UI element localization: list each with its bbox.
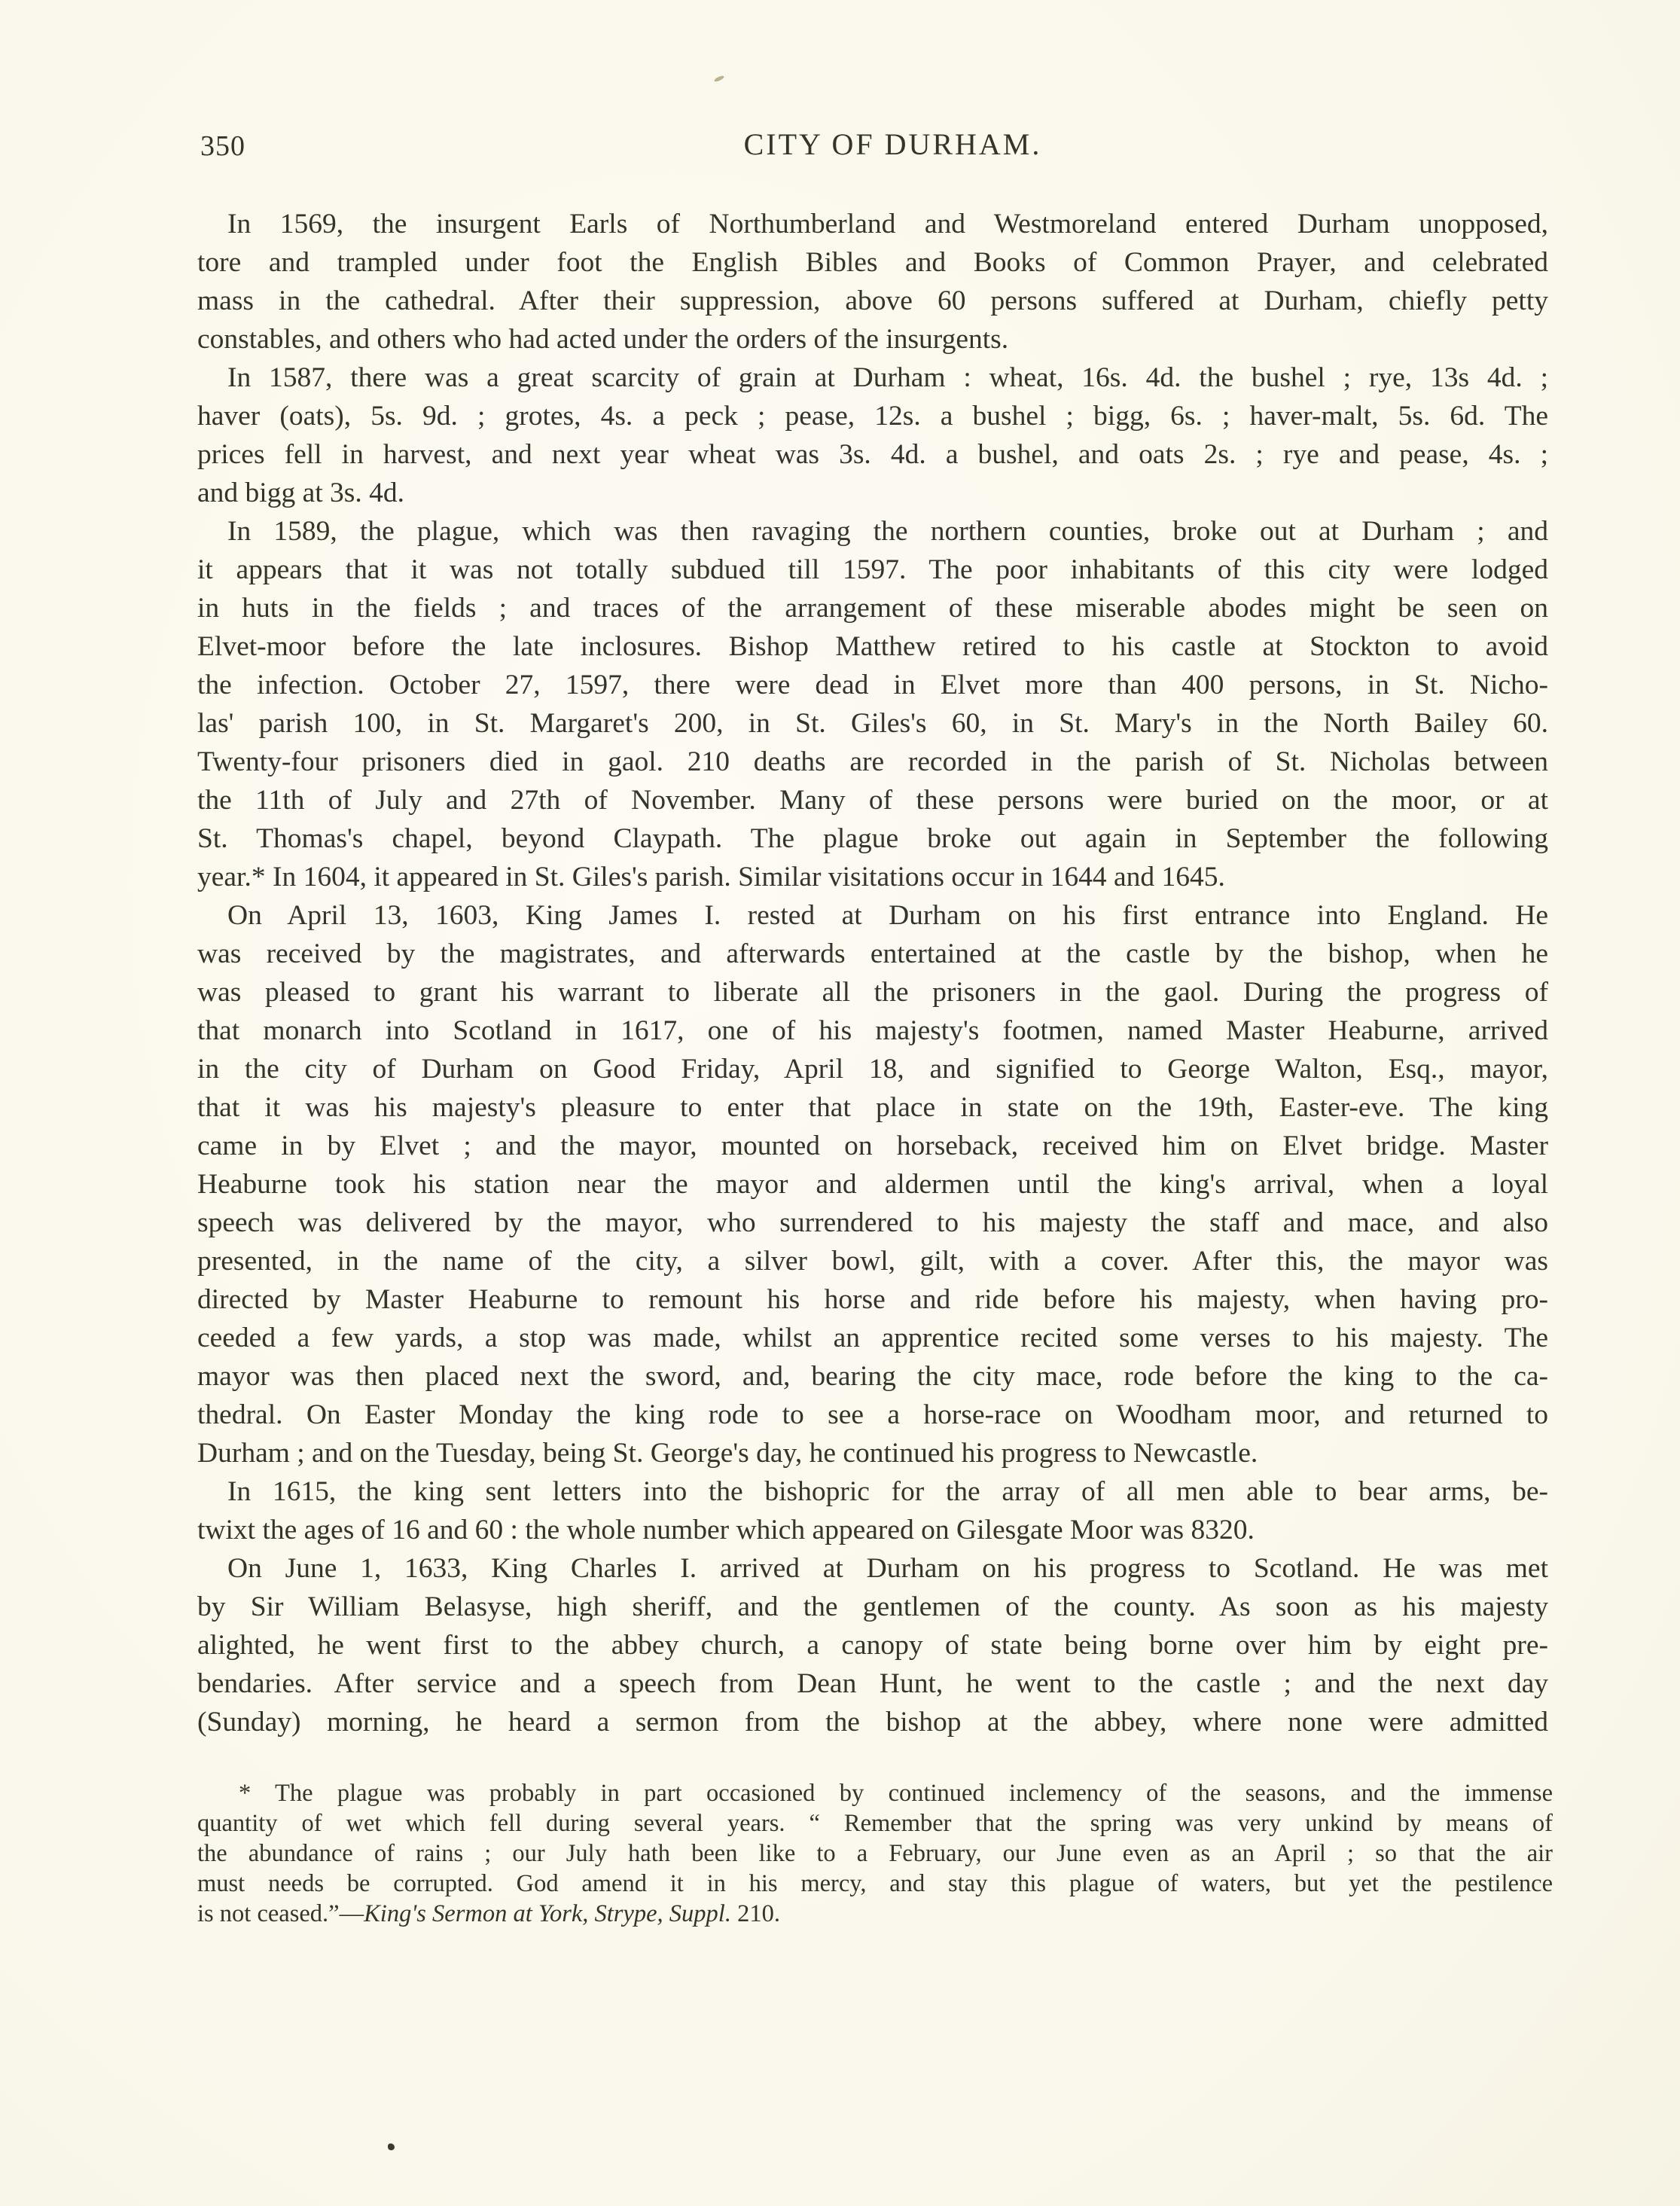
text-line: Heaburne took his station near the mayor… [197,1165,1548,1204]
text-line: prices fell in harvest, and next year wh… [197,435,1548,474]
text-line: In 1587, there was a great scarcity of g… [197,359,1548,397]
text-line: came in by Elvet ; and the mayor, mounte… [197,1127,1548,1165]
text-line: Twenty-four prisoners died in gaol. 210 … [197,743,1548,781]
text-line: In 1569, the insurgent Earls of Northumb… [197,205,1548,243]
text-line: was received by the magistrates, and aft… [197,935,1548,973]
text-line: las' parish 100, in St. Margaret's 200, … [197,704,1548,743]
text-line: speech was delivered by the mayor, who s… [197,1204,1548,1242]
text-line: Durham ; and on the Tuesday, being St. G… [197,1434,1548,1472]
footnote: * The plague was probably in part occasi… [197,1778,1553,1929]
text-line: tore and trampled under foot the English… [197,243,1548,282]
text-line: was pleased to grant his warrant to libe… [197,973,1548,1011]
text-line: by Sir William Belasyse, high sheriff, a… [197,1588,1548,1626]
paragraph-1603-king-james: On April 13, 1603, King James I. rested … [197,896,1548,1472]
text-line: On April 13, 1603, King James I. rested … [197,896,1548,935]
text-line: On June 1, 1633, King Charles I. arrived… [197,1549,1548,1588]
text-line: constables, and others who had acted und… [197,320,1548,359]
footnote-line: * The plague was probably in part occasi… [197,1778,1553,1808]
text-line: presented, in the name of the city, a si… [197,1242,1548,1280]
text-line: directed by Master Heaburne to remount h… [197,1280,1548,1319]
paper-speck-mark [714,75,725,82]
paragraph-1615: In 1615, the king sent letters into the … [197,1472,1548,1549]
footnote-citation-page: 210. [731,1900,780,1927]
paragraph-1587: In 1587, there was a great scarcity of g… [197,359,1548,512]
paragraph-1633-king-charles: On June 1, 1633, King Charles I. arrived… [197,1549,1548,1741]
text-line: alighted, he went first to the abbey chu… [197,1626,1548,1664]
footnote-citation: King's Sermon at York, Strype, Suppl. [364,1900,731,1927]
footnote-quote-end: is not ceased.”— [197,1900,364,1927]
paragraph-1589-plague: In 1589, the plague, which was then rava… [197,512,1548,896]
text-line: ceeded a few yards, a stop was made, whi… [197,1319,1548,1357]
text-line: mayor was then placed next the sword, an… [197,1357,1548,1396]
text-line: in the city of Durham on Good Friday, Ap… [197,1050,1548,1088]
text-line: that monarch into Scotland in 1617, one … [197,1011,1548,1050]
text-line: haver (oats), 5s. 9d. ; grotes, 4s. a pe… [197,397,1548,435]
text-line: it appears that it was not totally subdu… [197,551,1548,589]
footnote-line: the abundance of rains ; our July hath b… [197,1838,1553,1869]
footnote-last-line: is not ceased.”—King's Sermon at York, S… [197,1899,1553,1929]
running-title: CITY OF DURHAM. [0,127,1680,162]
text-line: that it was his majesty's pleasure to en… [197,1088,1548,1127]
text-line: Elvet-moor before the late inclosures. B… [197,627,1548,666]
text-line: thedral. On Easter Monday the king rode … [197,1396,1548,1434]
text-line: (Sunday) morning, he heard a sermon from… [197,1703,1548,1741]
footnote-line: quantity of wet which fell during severa… [197,1808,1553,1838]
text-line: In 1615, the king sent letters into the … [197,1472,1548,1511]
text-line: year.* In 1604, it appeared in St. Giles… [197,858,1548,896]
text-line: in huts in the fields ; and traces of th… [197,589,1548,627]
text-line: St. Thomas's chapel, beyond Claypath. Th… [197,819,1548,858]
paragraph-1569: In 1569, the insurgent Earls of Northumb… [197,205,1548,359]
text-line: the infection. October 27, 1597, there w… [197,666,1548,704]
text-line: bendaries. After service and a speech fr… [197,1664,1548,1703]
text-line: and bigg at 3s. 4d. [197,474,1548,512]
body-text: In 1569, the insurgent Earls of Northumb… [197,205,1548,1741]
text-line: In 1589, the plague, which was then rava… [197,512,1548,551]
text-line: twixt the ages of 16 and 60 : the whole … [197,1511,1548,1549]
text-line: the 11th of July and 27th of November. M… [197,781,1548,819]
scanned-book-page: 350 CITY OF DURHAM. In 1569, the insurge… [0,0,1680,2206]
footnote-line: must needs be corrupted. God amend it in… [197,1869,1553,1899]
text-line: mass in the cathedral. After their suppr… [197,282,1548,320]
paper-speck-mark [388,2143,395,2150]
